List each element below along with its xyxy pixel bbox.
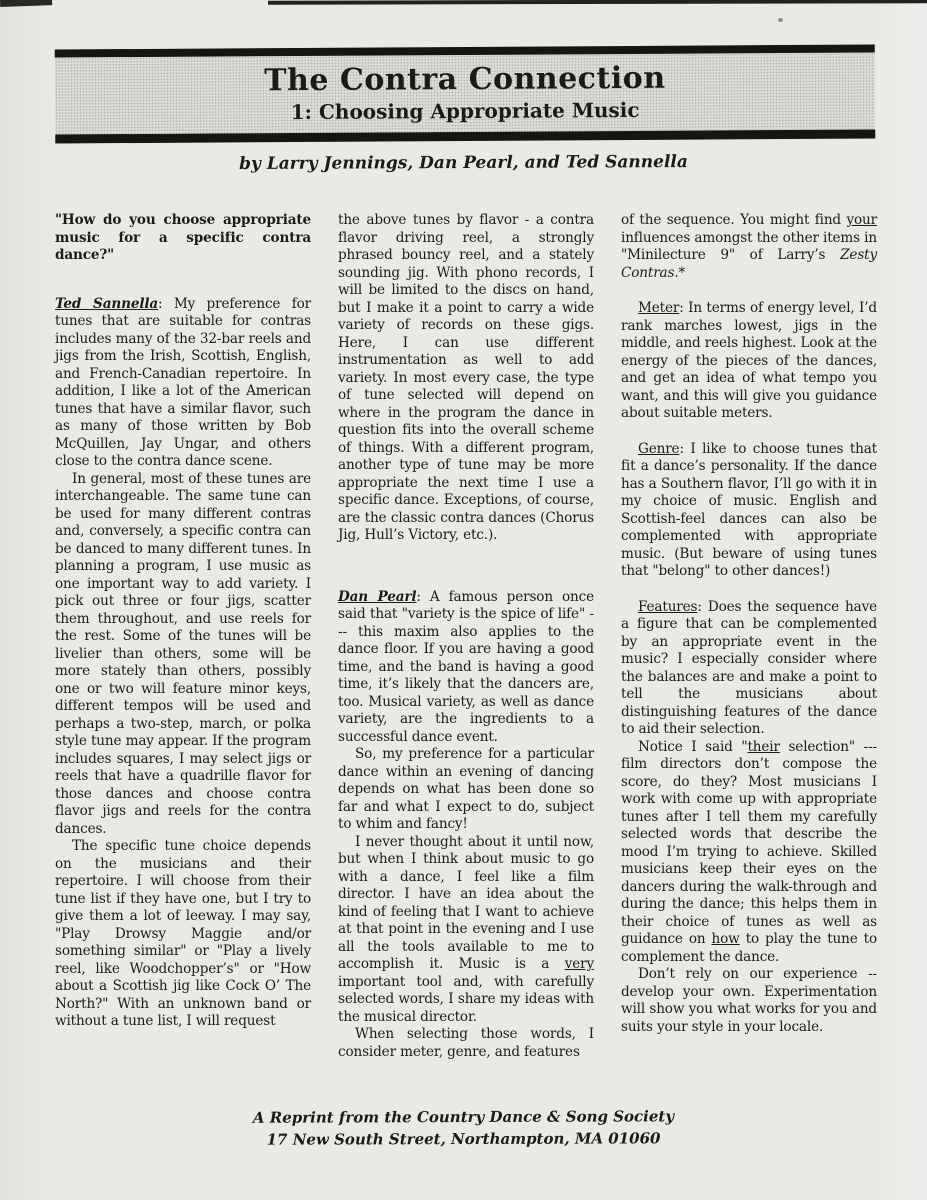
text-run: I never thought about it until now, but … [338, 834, 594, 973]
text-run: "How do you choose appropriate music for… [55, 212, 311, 263]
paragraph: The specific tune choice depends on the … [55, 838, 311, 1031]
paragraph: So, my preference for a particular dance… [338, 746, 594, 834]
footer-line1: A Reprint from the Country Dance & Song … [0, 1104, 927, 1129]
column-3: of the sequence. You might find your inf… [621, 212, 877, 1061]
text-run: your [846, 212, 877, 228]
text-run: Features [638, 599, 697, 615]
scan-artifact-speck [778, 18, 783, 22]
text-run: Meter [638, 300, 679, 316]
paragraph: of the sequence. You might find your inf… [621, 212, 877, 282]
paragraph: In general, most of these tunes are inte… [55, 471, 311, 839]
document-page: The Contra Connection 1: Choosing Approp… [0, 0, 927, 1200]
text-run: important tool and, with carefully selec… [338, 974, 594, 1025]
byline: by Larry Jennings, Dan Pearl, and Ted Sa… [0, 151, 927, 175]
text-run: Notice I said " [638, 739, 747, 755]
text-run: : In terms of energy level, I’d rank mar… [621, 300, 877, 421]
text-run: When selecting those words, I consider m… [338, 1026, 594, 1060]
speaker-name: Dan Pearl [338, 589, 416, 605]
text-run: In general, most of these tunes are inte… [55, 471, 311, 837]
paragraph: Meter: In terms of energy level, I’d ran… [621, 300, 877, 423]
paragraph: Features: Does the sequence have a figur… [621, 599, 877, 739]
text-run: : A famous person once said that "variet… [338, 589, 594, 745]
text-run: : Does the sequence have a figure that c… [621, 599, 877, 738]
paragraph: Dan Pearl: A famous person once said tha… [338, 589, 594, 747]
text-run: selection" --- film directors don’t comp… [621, 739, 877, 948]
paragraph: Ted Sannella: My preference for tunes th… [55, 296, 311, 471]
paragraph: When selecting those words, I consider m… [338, 1026, 594, 1061]
column-1: "How do you choose appropriate music for… [55, 212, 311, 1061]
text-run: The specific tune choice depends on the … [55, 838, 311, 1029]
paragraph: the above tunes by flavor - a contra fla… [338, 212, 594, 545]
page-title: The Contra Connection [55, 59, 875, 99]
speaker-name: Ted Sannella [55, 296, 158, 312]
page-subtitle: 1: Choosing Appropriate Music [55, 96, 875, 125]
article-body: "How do you choose appropriate music for… [55, 212, 877, 1061]
scan-artifact-top-line [268, 0, 927, 5]
text-run: of the sequence. You might find [621, 212, 846, 228]
text-run: Genre [638, 441, 679, 457]
text-run: influences amongst the other items in "M… [621, 230, 877, 264]
footer-line2: 17 New South Street, Northampton, MA 010… [0, 1126, 927, 1151]
scan-artifact-corner [0, 0, 52, 7]
column-2: the above tunes by flavor - a contra fla… [338, 212, 594, 1061]
text-run: : My preference for tunes that are suita… [55, 296, 311, 470]
reprint-footer: A Reprint from the Country Dance & Song … [0, 1104, 927, 1151]
paragraph: "How do you choose appropriate music for… [55, 212, 311, 265]
text-run: their [747, 739, 779, 755]
masthead-banner: The Contra Connection 1: Choosing Approp… [55, 44, 876, 143]
paragraph: Genre: I like to choose tunes that fit a… [621, 441, 877, 581]
text-run: very [565, 956, 594, 972]
text-run: Don’t rely on our experience -- develop … [621, 966, 877, 1035]
text-run: So, my preference for a particular dance… [338, 746, 594, 832]
paragraph: Don’t rely on our experience -- develop … [621, 966, 877, 1036]
text-run: the above tunes by flavor - a contra fla… [338, 212, 594, 543]
paragraph: I never thought about it until now, but … [338, 834, 594, 1027]
paragraph: Notice I said "their selection" --- film… [621, 739, 877, 967]
text-run: : I like to choose tunes that fit a danc… [621, 441, 877, 580]
text-run: how [712, 931, 740, 947]
